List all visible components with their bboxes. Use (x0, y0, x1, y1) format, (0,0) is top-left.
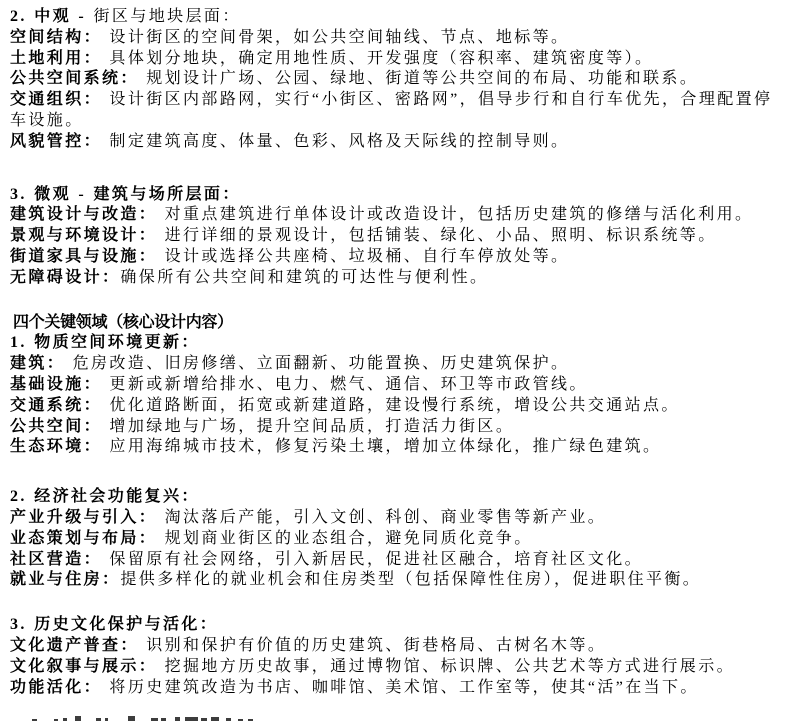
section-heading-bold: 四个关键领域（核心设计内容） (13, 314, 233, 331)
labeled-text-line: 空间结构： 设计街区的空间骨架，如公共空间轴线、节点、地标等。 (10, 28, 796, 49)
truncated-character-mark (63, 718, 67, 721)
line-label: 公共空间： (10, 418, 102, 435)
labeled-text-line: 生态环境： 应用海绵城市技术，修复污染土壤，增加立体绿化，推广绿色建筑。 (10, 437, 796, 458)
line-label: 建筑： (10, 355, 65, 372)
truncated-character-mark (238, 719, 243, 721)
section-heading-bold: 1. 物质空间环境更新： (10, 334, 200, 351)
truncated-character-mark (226, 718, 231, 721)
section-heading: 2. 中观 - 街区与地块层面： (10, 7, 796, 28)
line-label: 土地利用： (10, 50, 102, 67)
truncated-character-mark (128, 716, 135, 721)
labeled-text-line: 公共空间系统： 规划设计广场、公园、绿地、街道等公共空间的布局、功能和联系。 (10, 69, 796, 90)
line-label: 基础设施： (10, 376, 102, 393)
labeled-text-line: 基础设施： 更新或新增给排水、电力、燃气、通信、环卫等市政管线。 (10, 375, 796, 396)
labeled-text-line: 土地利用： 具体划分地块，确定用地性质、开发强度（容积率、建筑密度等）。 (10, 49, 796, 70)
section-heading-bold: 3. 微观 - 建筑与场所层面： (10, 186, 241, 203)
labeled-text-line: 业态策划与布局： 规划商业街区的业态组合，避免同质化竞争。 (10, 529, 796, 550)
section-heading-bold: 2. 中观 - (10, 8, 94, 25)
line-label: 功能活化： (10, 679, 102, 696)
truncated-character-mark (105, 718, 108, 721)
labeled-text-line: 功能活化： 将历史建筑改造为书店、咖啡馆、美术馆、工作室等，使其“活”在当下。 (10, 678, 796, 699)
line-label: 业态策划与布局： (10, 530, 157, 547)
labeled-text-line: 文化叙事与展示： 挖掘地方历史故事，通过博物馆、标识牌、公共艺术等方式进行展示。 (10, 657, 796, 678)
truncated-character-mark (54, 719, 58, 721)
truncated-character-mark (185, 717, 198, 721)
section-heading: 四个关键领域（核心设计内容） (10, 313, 796, 334)
truncated-text-fragment (32, 715, 253, 721)
line-label: 文化遗产普查： (10, 637, 139, 654)
line-label: 产业升级与引入： (10, 509, 157, 526)
section-heading-bold: 2. 经济社会功能复兴： (10, 488, 200, 505)
truncated-character-mark (248, 719, 253, 721)
section-heading: 2. 经济社会功能复兴： (10, 487, 796, 508)
line-label: 文化叙事与展示： (10, 658, 157, 675)
section-heading: 1. 物质空间环境更新： (10, 333, 796, 354)
labeled-text-line: 建筑设计与改造： 对重点建筑进行单体设计或改造设计，包括历史建筑的修缮与活化利用… (10, 205, 796, 226)
line-label: 就业与住房： (10, 571, 120, 588)
truncated-character-mark (161, 718, 166, 721)
line-label: 公共空间系统： (10, 70, 139, 87)
labeled-text-line: 文化遗产普查： 识别和保护有价值的历史建筑、街巷格局、古树名木等。 (10, 636, 796, 657)
labeled-text-line: 就业与住房：提供多样化的就业机会和住房类型（包括保障性住房），促进职住平衡。 (10, 570, 796, 591)
truncated-character-mark (151, 718, 158, 721)
line-label: 交通组织： (10, 91, 102, 108)
document-content: 2. 中观 - 街区与地块层面：空间结构： 设计街区的空间骨架，如公共空间轴线、… (0, 0, 800, 698)
section-heading-bold: 3. 历史文化保护与活化： (10, 616, 218, 633)
labeled-text-line: 交通组织： 设计街区内部路网，实行“小街区、密路网”，倡导步行和自行车优先，合理… (10, 90, 796, 132)
labeled-text-line: 无障碍设计：确保所有公共空间和建筑的可达性与便利性。 (10, 268, 796, 289)
labeled-text-line: 社区营造： 保留原有社会网络，引入新居民，促进社区融合，培育社区文化。 (10, 550, 796, 571)
line-label: 建筑设计与改造： (10, 206, 157, 223)
line-label: 无障碍设计： (10, 269, 120, 286)
line-label: 社区营造： (10, 551, 102, 568)
line-label: 生态环境： (10, 438, 102, 455)
truncated-character-mark (75, 716, 81, 721)
section-heading: 3. 历史文化保护与活化： (10, 615, 796, 636)
labeled-text-line: 景观与环境设计： 进行详细的景观设计，包括铺装、绿化、小品、照明、标识系统等。 (10, 226, 796, 247)
labeled-text-line: 产业升级与引入： 淘汰落后产能，引入文创、科创、商业零售等新产业。 (10, 508, 796, 529)
truncated-character-mark (96, 718, 101, 721)
line-label: 街道家具与设施： (10, 248, 157, 265)
line-label: 交通系统： (10, 397, 102, 414)
truncated-character-mark (32, 719, 37, 721)
labeled-text-line: 公共空间： 增加绿地与广场，提升空间品质，打造活力街区。 (10, 417, 796, 438)
document-page: 2. 中观 - 街区与地块层面：空间结构： 设计街区的空间骨架，如公共空间轴线、… (0, 0, 800, 723)
line-label: 风貌管控： (10, 133, 102, 150)
labeled-text-line: 交通系统： 优化道路断面，拓宽或新建道路，建设慢行系统，增设公共交通站点。 (10, 396, 796, 417)
line-label: 空间结构： (10, 29, 102, 46)
labeled-text-line: 街道家具与设施： 设计或选择公共座椅、垃圾桶、自行车停放处等。 (10, 247, 796, 268)
section-heading: 3. 微观 - 建筑与场所层面： (10, 185, 796, 206)
labeled-text-line: 风貌管控： 制定建筑高度、体量、色彩、风格及天际线的控制导则。 (10, 132, 796, 153)
labeled-text-line: 建筑： 危房改造、旧房修缮、立面翻新、功能置换、历史建筑保护。 (10, 354, 796, 375)
truncated-character-mark (201, 718, 207, 721)
line-label: 景观与环境设计： (10, 227, 157, 244)
truncated-character-mark (211, 717, 219, 721)
truncated-character-mark (175, 717, 180, 721)
